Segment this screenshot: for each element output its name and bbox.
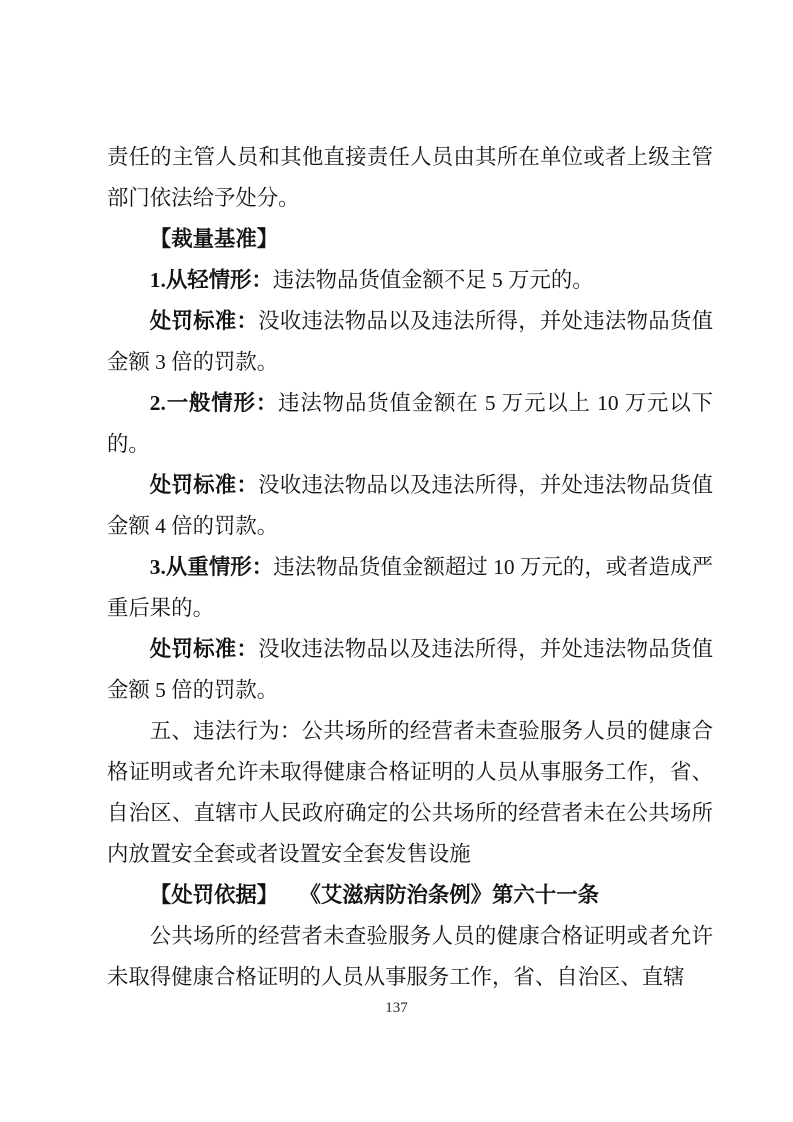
paragraph: 处罚标准：没收违法物品以及违法所得，并处违法物品货值金额 5 倍的罚款。 — [107, 629, 713, 711]
paragraph-text: 违法物品货值金额不足 5 万元的。 — [273, 268, 594, 292]
paragraph-bold-label: 2.一般情形： — [150, 391, 278, 415]
paragraph: 1.从轻情形：违法物品货值金额不足 5 万元的。 — [107, 260, 713, 301]
paragraph-bold-label: 3.从重情形： — [150, 555, 273, 579]
paragraph: 3.从重情形：违法物品货值金额超过 10 万元的，或者造成严重后果的。 — [107, 547, 713, 629]
paragraph-text: 责任的主管人员和其他直接责任人员由其所在单位或者上级主管部门依法给予处分。 — [107, 145, 713, 210]
paragraph-bold-label: 处罚标准： — [150, 637, 258, 661]
paragraph: 【裁量基准】 — [107, 219, 713, 260]
document-body: 责任的主管人员和其他直接责任人员由其所在单位或者上级主管部门依法给予处分。 【裁… — [107, 137, 713, 998]
paragraph: 五、违法行为：公共场所的经营者未查验服务人员的健康合格证明或者允许未取得健康合格… — [107, 711, 713, 875]
paragraph: 处罚标准：没收违法物品以及违法所得，并处违法物品货值金额 3 倍的罚款。 — [107, 301, 713, 383]
paragraph-text: 五、违法行为：公共场所的经营者未查验服务人员的健康合格证明或者允许未取得健康合格… — [107, 719, 713, 866]
page-number: 137 — [385, 1000, 408, 1016]
paragraph-bold-label: 处罚标准： — [150, 473, 258, 497]
paragraph-bold-label: 处罚标准： — [150, 309, 258, 333]
paragraph: 2.一般情形：违法物品货值金额在 5 万元以上 10 万元以下的。 — [107, 383, 713, 465]
page-footer: 137 — [0, 998, 793, 1018]
paragraph: 处罚标准：没收违法物品以及违法所得，并处违法物品货值金额 4 倍的罚款。 — [107, 465, 713, 547]
paragraph: 公共场所的经营者未查验服务人员的健康合格证明或者允许未取得健康合格证明的人员从事… — [107, 916, 713, 998]
paragraph-text: 公共场所的经营者未查验服务人员的健康合格证明或者允许未取得健康合格证明的人员从事… — [107, 924, 713, 989]
paragraph: 责任的主管人员和其他直接责任人员由其所在单位或者上级主管部门依法给予处分。 — [107, 137, 713, 219]
document-page: 责任的主管人员和其他直接责任人员由其所在单位或者上级主管部门依法给予处分。 【裁… — [0, 0, 793, 1122]
paragraph-bold-label: 【裁量基准】 — [150, 227, 278, 251]
paragraph-bold-label: 1.从轻情形： — [150, 268, 273, 292]
paragraph: 【处罚依据】 《艾滋病防治条例》第六十一条 — [107, 875, 713, 916]
paragraph-bold-label: 【处罚依据】 《艾滋病防治条例》第六十一条 — [150, 883, 599, 907]
